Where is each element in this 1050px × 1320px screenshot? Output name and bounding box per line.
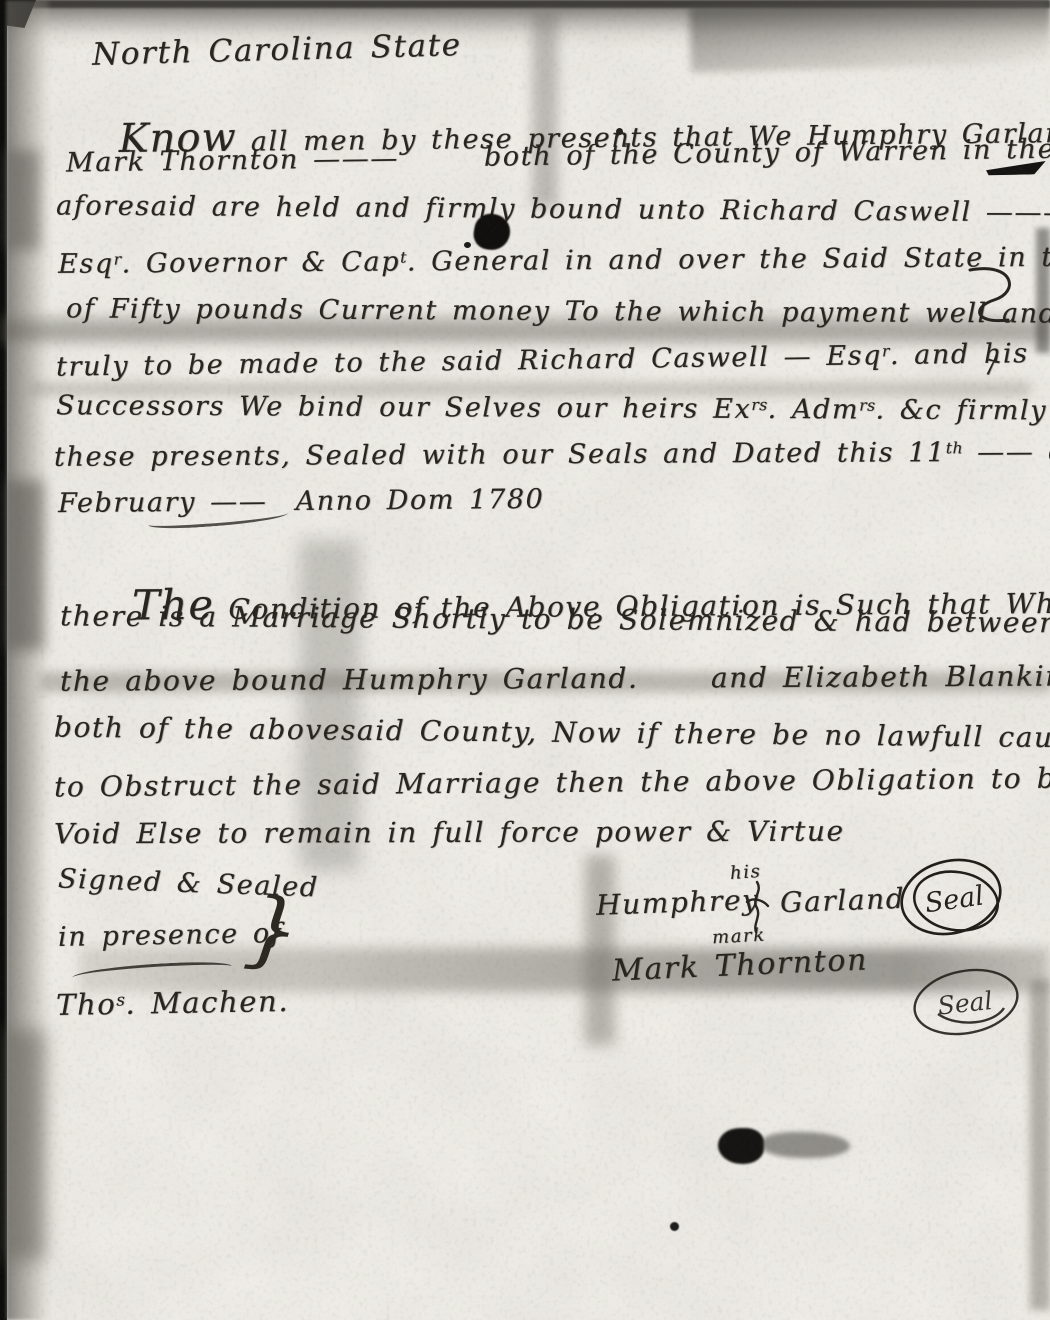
signer-2-signature: Mark Thornton <box>611 942 868 988</box>
seal-thornton: Seal <box>908 962 1028 1044</box>
bond-line-truly: truly to be made to the said Richard Cas… <box>56 338 1029 383</box>
left-edge-patch-1 <box>6 150 40 250</box>
left-edge-mottle <box>6 0 52 1320</box>
right-edge-streak-lower <box>1030 980 1050 1310</box>
corner-black-mark <box>0 0 36 28</box>
bond-line-date: February —— Anno Dom 1780 <box>58 484 545 519</box>
left-edge-patch-3 <box>6 1030 46 1260</box>
top-scan-edge <box>0 0 1050 8</box>
bond-line-aforesaid: aforesaid are held and firmly bound unto… <box>56 190 1050 228</box>
ink-smear-bottom <box>762 1132 850 1158</box>
ink-blot-bottom <box>718 1128 764 1164</box>
condition-line-4: both of the abovesaid County, Now if the… <box>54 711 1050 755</box>
attestation-brace: } <box>240 877 305 981</box>
seal-thornton-label: Seal <box>936 986 994 1021</box>
groom-mark-word: mark <box>711 925 766 949</box>
ink-speck-bottom <box>670 1222 679 1231</box>
condition-line-5: to Obstruct the said Marriage then the a… <box>54 762 1050 804</box>
vertical-fold-signature <box>585 855 615 1045</box>
witness-signature: Thos. Machen. <box>56 984 290 1022</box>
bond-line-successors: Successors We bind our Selves our heirs … <box>56 390 1050 426</box>
top-right-smudge <box>689 0 1050 73</box>
seal-garland-label: Seal <box>923 880 986 919</box>
seal-garland: Seal <box>895 852 1007 944</box>
scanned-document-page: North Carolina State Know all men by the… <box>0 0 1050 1320</box>
left-edge-patch-2 <box>6 480 44 650</box>
witness-flourish <box>72 960 233 984</box>
condition-line-3: the above bound Humphry Garland. and Eli… <box>60 659 1050 698</box>
groom-first-name: Humphrey <box>595 883 760 922</box>
bond-line-governor: Esqr. Governor & Capt. General in and ov… <box>58 241 1050 280</box>
groom-his-word: his <box>729 861 762 884</box>
heading-line: North Carolina State <box>92 27 463 73</box>
left-scan-strip <box>0 0 7 1320</box>
groom-last-name: Garland <box>779 882 905 919</box>
bond-line-fifty-pounds: of Fifty pounds Current money To the whi… <box>66 293 1050 329</box>
bond-line-presents: these presents, Sealed with our Seals an… <box>54 436 1050 473</box>
condition-line-6: Void Else to remain in full force power … <box>54 815 845 851</box>
